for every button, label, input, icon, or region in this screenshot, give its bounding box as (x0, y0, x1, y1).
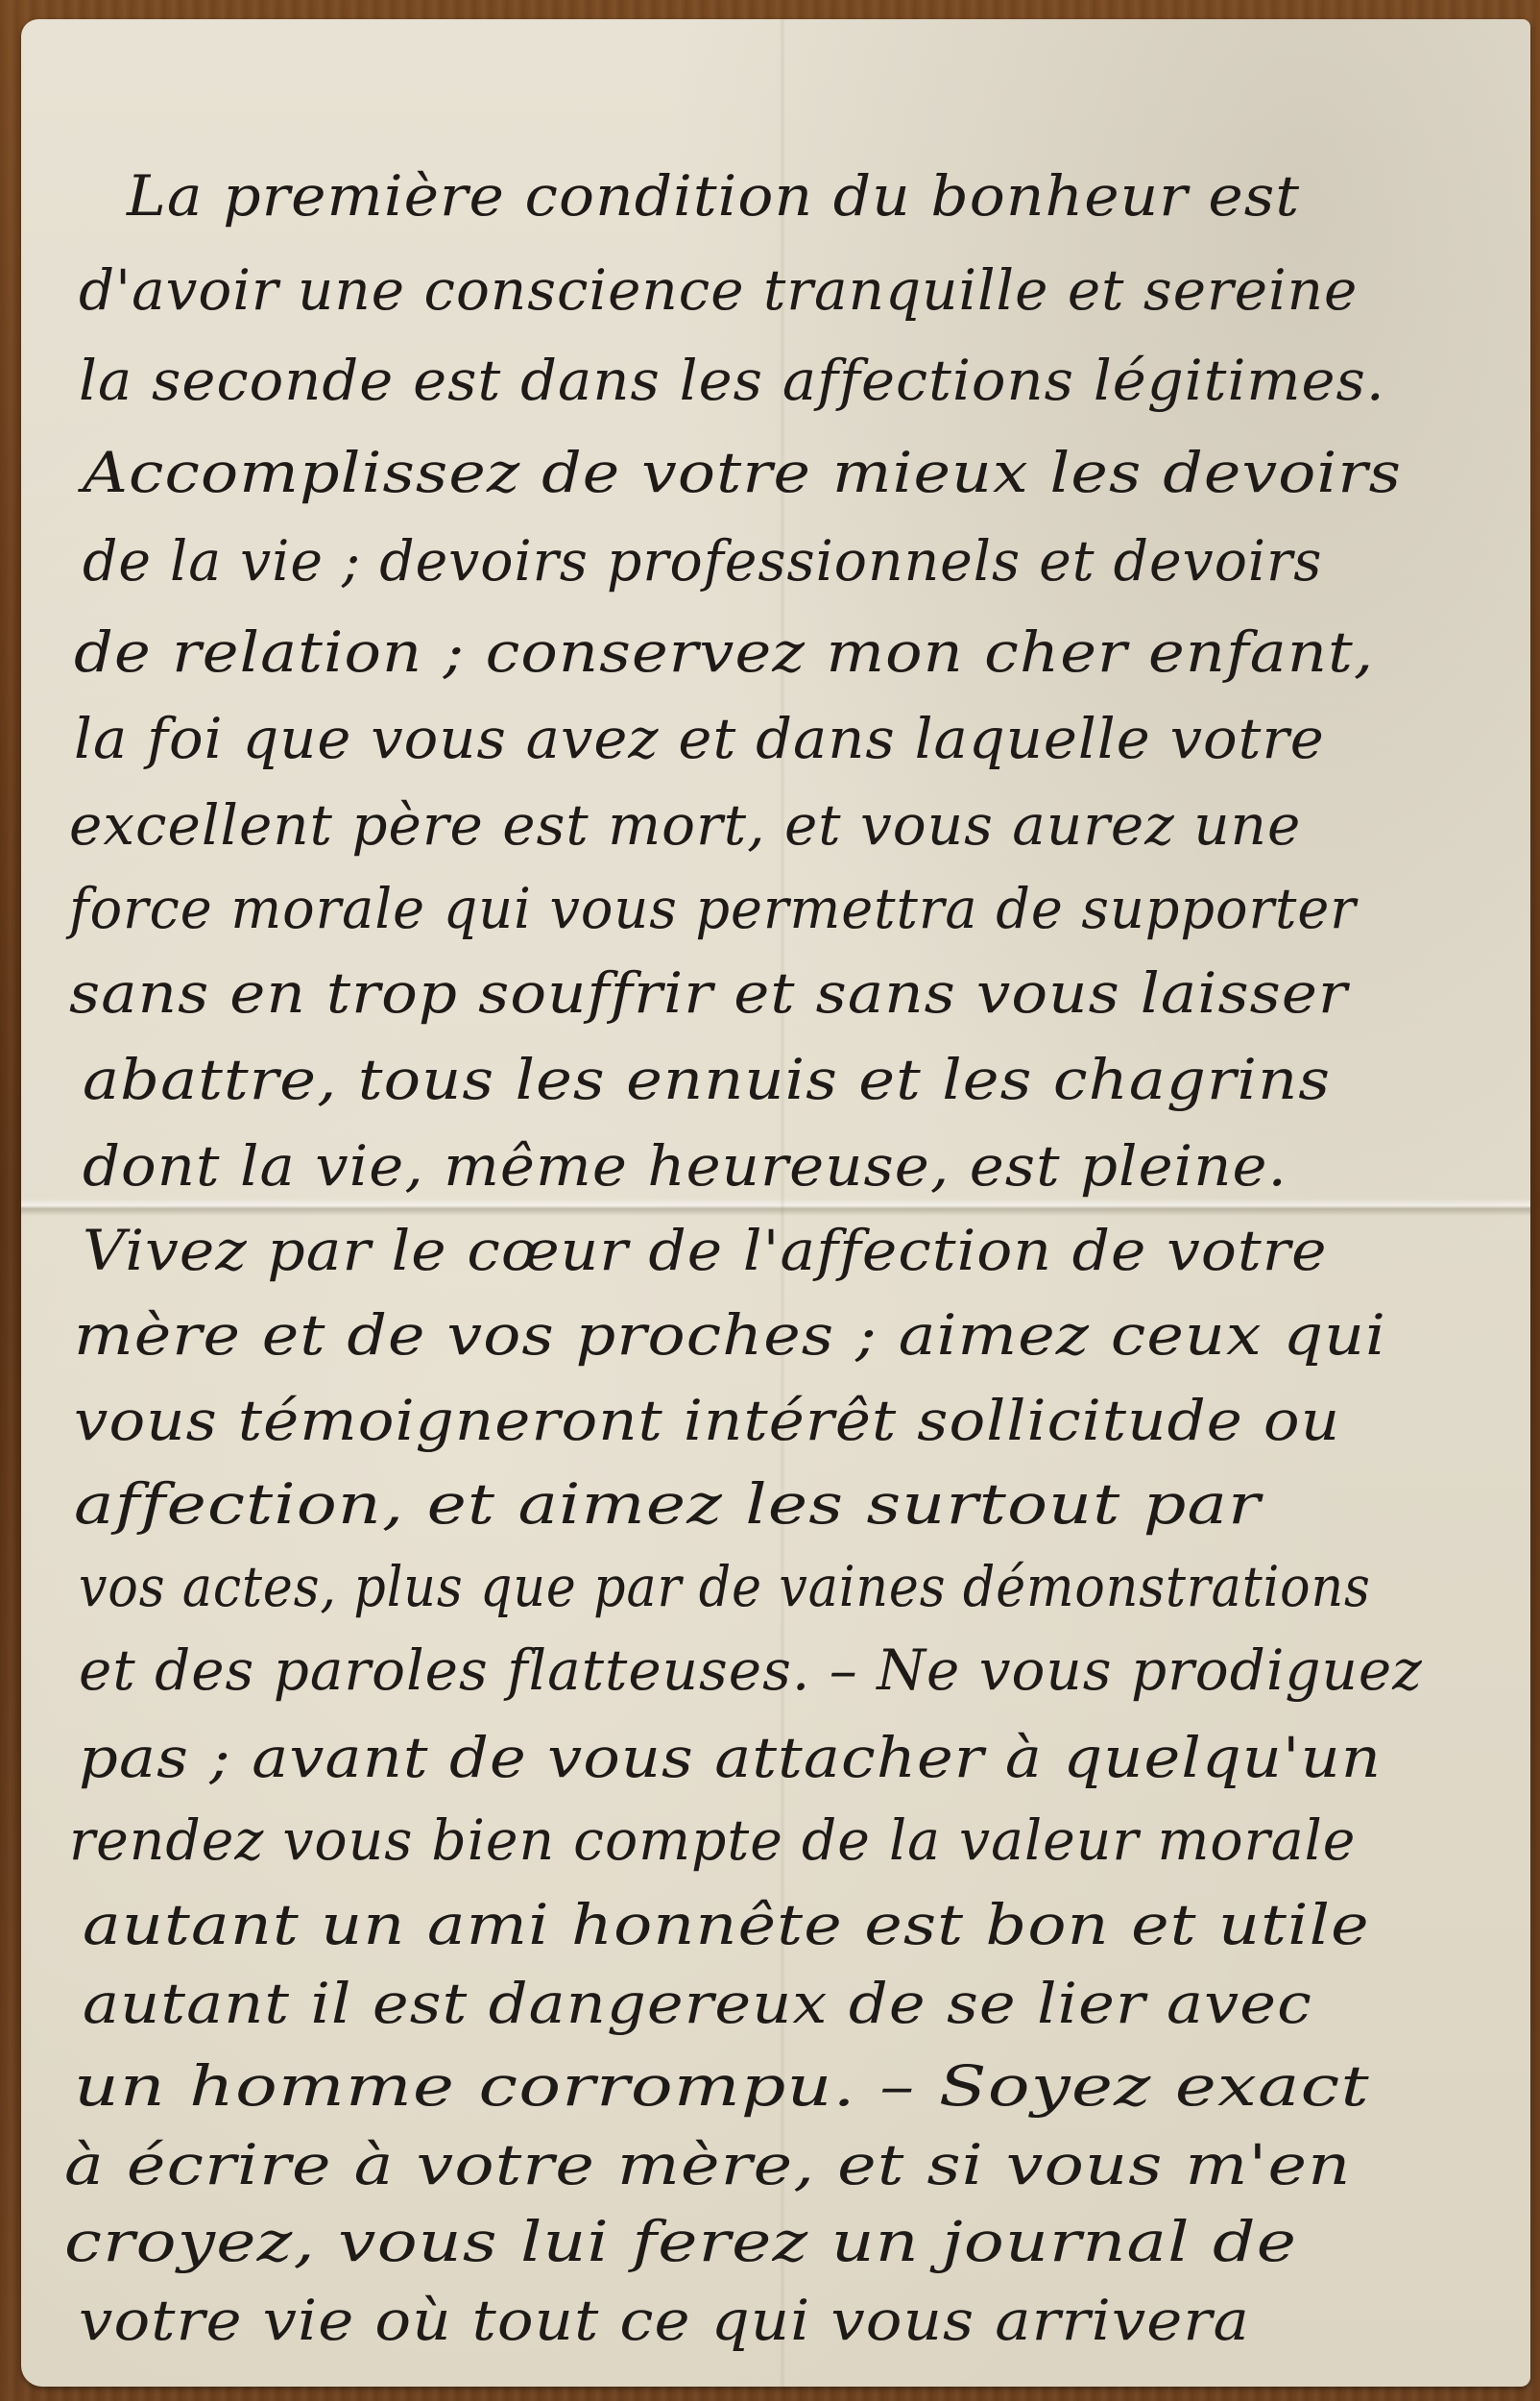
letter-line: dont la vie, même heureuse, est pleine. (83, 1133, 1287, 1199)
letter-line: la foi que vous avez et dans laquelle vo… (74, 706, 1325, 771)
letter-line: de relation ; conservez mon cher enfant, (74, 619, 1374, 685)
letter-line: excellent père est mort, et vous aurez u… (69, 792, 1301, 858)
letter-line: la seconde est dans les affections légit… (79, 348, 1385, 413)
letter-line: vous témoigneront intérêt sollicitude ou (74, 1388, 1340, 1453)
letter-page: La première condition du bonheur est d'a… (21, 19, 1530, 2387)
letter-line: sans en trop souffrir et sans vous laiss… (69, 960, 1348, 1026)
letter-line: d'avoir une conscience tranquille et ser… (79, 257, 1358, 323)
letter-line: mère et de vos proches ; aimez ceux qui (74, 1302, 1386, 1368)
letter-line: Accomplissez de votre mieux les devoirs (83, 440, 1402, 505)
letter-line: vos actes, plus que par de vaines démons… (79, 1554, 1371, 1619)
letter-line: de la vie ; devoirs professionnels et de… (83, 528, 1322, 594)
letter-line: autant il est dangereux de se lier avec (83, 1971, 1312, 2036)
letter-line: rendez vous bien compte de la valeur mor… (69, 1807, 1356, 1873)
letter-line: à écrire à votre mère, et si vous m'en (64, 2132, 1351, 2197)
horizontal-fold-crease (21, 1199, 1530, 1216)
letter-line: force morale qui vous permettra de suppo… (69, 876, 1357, 941)
letter-line: et des paroles flatteuses. – Ne vous pro… (79, 1637, 1423, 1703)
letter-line: autant un ami honnête est bon et utile (83, 1892, 1370, 1957)
letter-line: votre vie où tout ce qui vous arrivera (79, 2288, 1250, 2353)
letter-line: La première condition du bonheur est (127, 163, 1300, 229)
letter-line: pas ; avant de vous attacher à quelqu'un (79, 1725, 1382, 1790)
letter-line: abattre, tous les ennuis et les chagrins (83, 1047, 1331, 1112)
letter-line: croyez, vous lui ferez un journal de (64, 2209, 1297, 2274)
letter-line: affection, et aimez les surtout par (74, 1471, 1262, 1537)
letter-line: Vivez par le cœur de l'affection de votr… (83, 1218, 1328, 1283)
letter-line: un homme corrompu. – Soyez exact (74, 2053, 1370, 2119)
